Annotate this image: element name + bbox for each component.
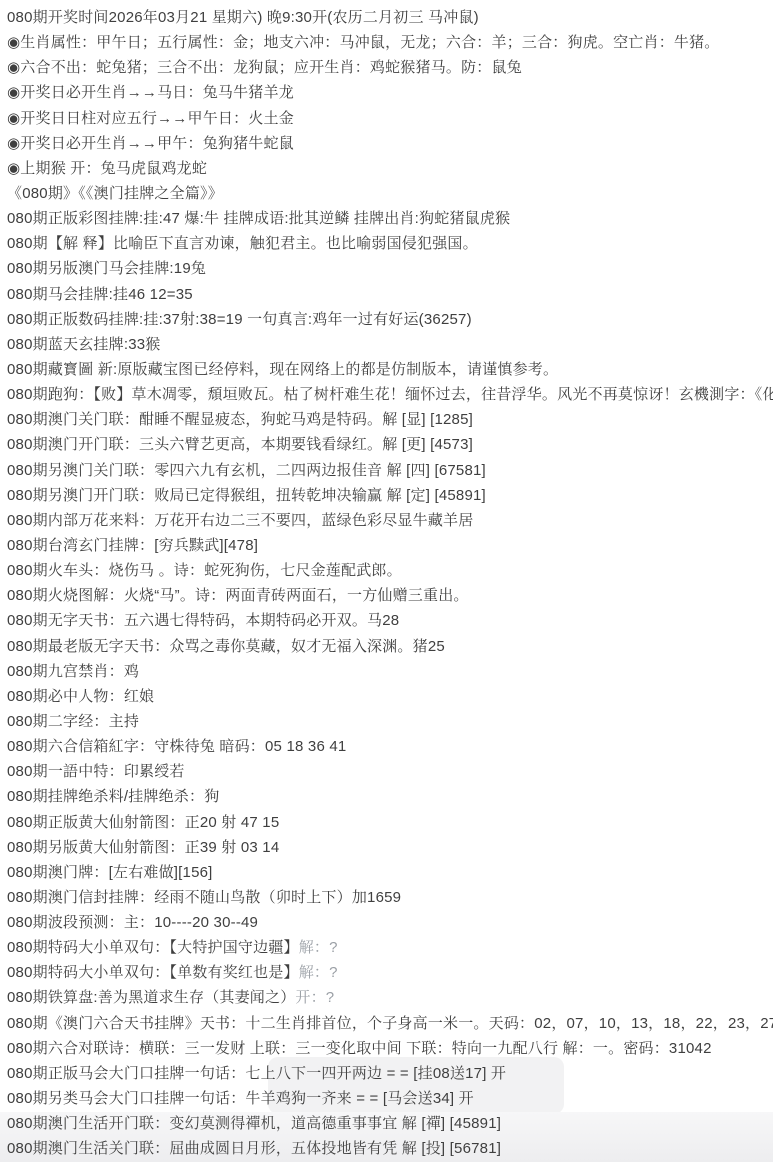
content-line: ◉开奖日必开生肖→→甲午：兔狗猪牛蛇鼠 (7, 131, 767, 156)
content-line: 080期另类马会大门口挂牌一句话：牛羊鸡狗一齐来 = = [马会送34] 开 (7, 1086, 767, 1111)
content-line-text: 080期特码大小单双句：【单数有奖红也是】 (7, 964, 299, 981)
content-line-text: 080期正版数码挂牌:挂:37射:38=19 一句真言:鸡年一过有好运(3625… (7, 311, 472, 328)
content-line-text: 080期九宫禁肖：鸡 (7, 663, 139, 680)
content-line: 080期澳门关门联：酣睡不醒显疲态，狗蛇马鸡是特码。解 [显] [1285] (7, 407, 767, 432)
content-list: 080期开奖时间2026年03月21 星期六) 晚9:30开(农历二月初三 马冲… (0, 0, 773, 1161)
content-line: 080期另澳门开门联：败局已定得猴组，扭转乾坤决输赢 解 [定] [45891] (7, 483, 767, 508)
content-line-muted-text: 解：? (299, 939, 338, 956)
content-line-text: 080期另版澳门马会挂牌:19兔 (7, 260, 206, 277)
content-line-text: 080期【解 释】比喻臣下直言劝谏，触犯君主。也比喻弱国侵犯强国。 (7, 235, 478, 252)
content-line: 080期铁算盘:善为黑道求生存（其妻闻之）开：? (7, 985, 767, 1010)
content-line-text: 080期澳门开门联：三头六臂艺更高，本期要钱看绿红。解 [更] [4573] (7, 436, 473, 453)
content-line: ◉生肖属性：甲午日；五行属性：金；地支六冲：马冲鼠，无龙；六合：羊；三合：狗虎。… (7, 30, 767, 55)
content-line-text: 080期波段预测：主：10----20 30--49 (7, 914, 258, 931)
content-line-text: ◉开奖日日柱对应五行→→甲午日：火土金 (7, 110, 294, 127)
content-line-text: 080期火烧图解：火烧“马”。诗：两面青砖两面石，一方仙赠三重出。 (7, 587, 469, 604)
content-line: 080期正版马会大门口挂牌一句话：七上八下一四开两边 = = [挂08送17] … (7, 1061, 767, 1086)
content-line: 080期跑狗：【败】草木凋零，頹垣败瓦。枯了树杆难生花！缅怀过去，往昔浮华。风光… (7, 382, 767, 407)
content-line-text: 080期特码大小单双句：【大特护国守边疆】 (7, 939, 299, 956)
content-line-text: 080期正版彩图挂牌:挂:47 爆:牛 挂牌成语:批其逆鳞 挂牌出肖:狗蛇猪鼠虎… (7, 210, 510, 227)
content-line: 《080期》《《澳门挂牌之全篇》》 (7, 181, 767, 206)
content-line: 080期澳门生活开门联：变幻莫测得禪机，道高德重事事宜 解 [禪] [45891… (7, 1111, 767, 1136)
content-line: 080期澳门信封挂牌：经雨不随山鸟散（卯时上下）加1659 (7, 885, 767, 910)
content-line: 080期另版黄大仙射箭图：正39 射 03 14 (7, 835, 767, 860)
content-line: ◉开奖日必开生肖→→马日：兔马牛猪羊龙 (7, 80, 767, 105)
content-line: 080期火烧图解：火烧“马”。诗：两面青砖两面石，一方仙赠三重出。 (7, 583, 767, 608)
content-line: 080期马会挂牌:挂46 12=35 (7, 282, 767, 307)
content-line: 080期火车头：烧伤马 。诗：蛇死狗伤，七尺金莲配武郎。 (7, 558, 767, 583)
content-line: 080期正版数码挂牌:挂:37射:38=19 一句真言:鸡年一过有好运(3625… (7, 307, 767, 332)
content-line-text: 080期台湾玄门挂牌：[穷兵黩武][478] (7, 537, 258, 554)
content-line-muted-text: 开：? (295, 989, 334, 1006)
content-line-text: 080期火车头：烧伤马 。诗：蛇死狗伤，七尺金莲配武郎。 (7, 562, 402, 579)
content-line: 080期挂牌绝杀料/挂牌绝杀：狗 (7, 784, 767, 809)
content-line-text: ◉开奖日必开生肖→→马日：兔马牛猪羊龙 (7, 84, 294, 101)
content-line: 080期特码大小单双句：【单数有奖红也是】解：? (7, 960, 767, 985)
content-line-text: 080期另类马会大门口挂牌一句话：牛羊鸡狗一齐来 = = [马会送34] 开 (7, 1090, 474, 1107)
content-line: 080期另澳门关门联：零四六九有玄机，二四两边报佳音 解 [四] [67581] (7, 458, 767, 483)
content-line-text: 080期跑狗：【败】草木凋零，頹垣败瓦。枯了树杆难生花！缅怀过去，往昔浮华。风光… (7, 386, 773, 403)
content-line: 080期开奖时间2026年03月21 星期六) 晚9:30开(农历二月初三 马冲… (7, 5, 767, 30)
content-line-text: 080期马会挂牌:挂46 12=35 (7, 286, 193, 303)
content-line: 080期波段预测：主：10----20 30--49 (7, 910, 767, 935)
content-line: 080期必中人物：红娘 (7, 684, 767, 709)
content-line-text: 080期挂牌绝杀料/挂牌绝杀：狗 (7, 788, 219, 805)
content-line-text: 080期二字经：主持 (7, 713, 139, 730)
content-line-text: 080期正版马会大门口挂牌一句话：七上八下一四开两边 = = [挂08送17] … (7, 1065, 506, 1082)
content-line-text: 080期无字天书：五六遇七得特码，本期特码必开双。马28 (7, 612, 399, 629)
content-line-text: ◉生肖属性：甲午日；五行属性：金；地支六冲：马冲鼠，无龙；六合：羊；三合：狗虎。… (7, 34, 720, 51)
content-line-text: 080期《澳门六合天书挂牌》天书：十二生肖排首位，个子身高一米一。天码：02，0… (7, 1015, 773, 1032)
content-line-text: 080期铁算盘:善为黑道求生存（其妻闻之） (7, 989, 295, 1006)
content-line: 080期最老版无字天书：众骂之毒你莫藏，奴才无福入深渊。猪25 (7, 634, 767, 659)
content-line: 080期台湾玄门挂牌：[穷兵黩武][478] (7, 533, 767, 558)
content-line: ◉开奖日日柱对应五行→→甲午日：火土金 (7, 106, 767, 131)
content-line: 080期内部万花来料：万花开右边二三不要四，蓝绿色彩尽显牛藏羊居 (7, 508, 767, 533)
content-line: 080期《澳门六合天书挂牌》天书：十二生肖排首位，个子身高一米一。天码：02，0… (7, 1011, 767, 1036)
content-line: ◉上期猴 开：兔马虎鼠鸡龙蛇 (7, 156, 767, 181)
content-line-text: 080期澳门生活开门联：变幻莫测得禪机，道高德重事事宜 解 [禪] [45891… (7, 1115, 501, 1132)
content-line: 080期六合信箱紅字：守株待兔 暗码：05 18 36 41 (7, 734, 767, 759)
content-line: 080期藏寳圖 新:原版藏宝图已经停料，现在网络上的都是仿制版本，请谨慎参考。 (7, 357, 767, 382)
content-line-text: 080期正版黄大仙射箭图：正20 射 47 15 (7, 814, 279, 831)
content-line: 080期无字天书：五六遇七得特码，本期特码必开双。马28 (7, 608, 767, 633)
content-line-text: 080期另澳门关门联：零四六九有玄机，二四两边报佳音 解 [四] [67581] (7, 462, 486, 479)
content-line: 080期正版彩图挂牌:挂:47 爆:牛 挂牌成语:批其逆鳞 挂牌出肖:狗蛇猪鼠虎… (7, 206, 767, 231)
content-line-text: 080期藏寳圖 新:原版藏宝图已经停料，现在网络上的都是仿制版本，请谨慎参考。 (7, 361, 558, 378)
content-line-text: 080期澳门牌：[左右难做][156] (7, 864, 213, 881)
content-line: 080期一語中特：印累绶若 (7, 759, 767, 784)
lottery-info-page: 080期开奖时间2026年03月21 星期六) 晚9:30开(农历二月初三 马冲… (0, 0, 773, 1162)
content-line: 080期澳门生活关门联：屈曲成圆日月形，五体投地皆有凭 解 [投] [56781… (7, 1136, 767, 1161)
content-line-text: 080期内部万花来料：万花开右边二三不要四，蓝绿色彩尽显牛藏羊居 (7, 512, 473, 529)
content-line-text: 080期另版黄大仙射箭图：正39 射 03 14 (7, 839, 279, 856)
content-line-text: 080期澳门信封挂牌：经雨不随山鸟散（卯时上下）加1659 (7, 889, 401, 906)
content-line-text: ◉开奖日必开生肖→→甲午：兔狗猪牛蛇鼠 (7, 135, 294, 152)
content-line-text: ◉六合不出：蛇兔猪；三合不出：龙狗鼠；应开生肖：鸡蛇猴猪马。防：鼠兔 (7, 59, 522, 76)
content-line: 080期特码大小单双句：【大特护国守边疆】解：? (7, 935, 767, 960)
content-line-muted-text: 解：? (299, 964, 338, 981)
content-line: ◉六合不出：蛇兔猪；三合不出：龙狗鼠；应开生肖：鸡蛇猴猪马。防：鼠兔 (7, 55, 767, 80)
content-line: 080期蓝天玄挂牌:33猴 (7, 332, 767, 357)
content-line: 080期正版黄大仙射箭图：正20 射 47 15 (7, 810, 767, 835)
content-line-text: 080期必中人物：红娘 (7, 688, 154, 705)
content-line: 080期澳门牌：[左右难做][156] (7, 860, 767, 885)
content-line-text: 080期澳门生活关门联：屈曲成圆日月形，五体投地皆有凭 解 [投] [56781… (7, 1140, 501, 1157)
content-line: 080期六合对联诗：横联：三一发财 上联：三一变化取中间 下联：特向一九配八行 … (7, 1036, 767, 1061)
content-line-text: 080期一語中特：印累绶若 (7, 763, 185, 780)
content-line-text: ◉上期猴 开：兔马虎鼠鸡龙蛇 (7, 160, 207, 177)
content-line-text: 080期澳门关门联：酣睡不醒显疲态，狗蛇马鸡是特码。解 [显] [1285] (7, 411, 473, 428)
content-line-text: 《080期》《《澳门挂牌之全篇》》 (7, 185, 223, 202)
content-line: 080期九宫禁肖：鸡 (7, 659, 767, 684)
content-line-text: 080期六合对联诗：横联：三一发财 上联：三一变化取中间 下联：特向一九配八行 … (7, 1040, 712, 1057)
content-line: 080期另版澳门马会挂牌:19兔 (7, 256, 767, 281)
content-line-text: 080期开奖时间2026年03月21 星期六) 晚9:30开(农历二月初三 马冲… (7, 9, 479, 26)
content-line-text: 080期另澳门开门联：败局已定得猴组，扭转乾坤决输赢 解 [定] [45891] (7, 487, 486, 504)
content-line-text: 080期六合信箱紅字：守株待兔 暗码：05 18 36 41 (7, 738, 346, 755)
content-line-text: 080期蓝天玄挂牌:33猴 (7, 336, 160, 353)
content-line: 080期澳门开门联：三头六臂艺更高，本期要钱看绿红。解 [更] [4573] (7, 432, 767, 457)
content-line: 080期【解 释】比喻臣下直言劝谏，触犯君主。也比喻弱国侵犯强国。 (7, 231, 767, 256)
content-line: 080期二字经：主持 (7, 709, 767, 734)
content-line-text: 080期最老版无字天书：众骂之毒你莫藏，奴才无福入深渊。猪25 (7, 638, 445, 655)
